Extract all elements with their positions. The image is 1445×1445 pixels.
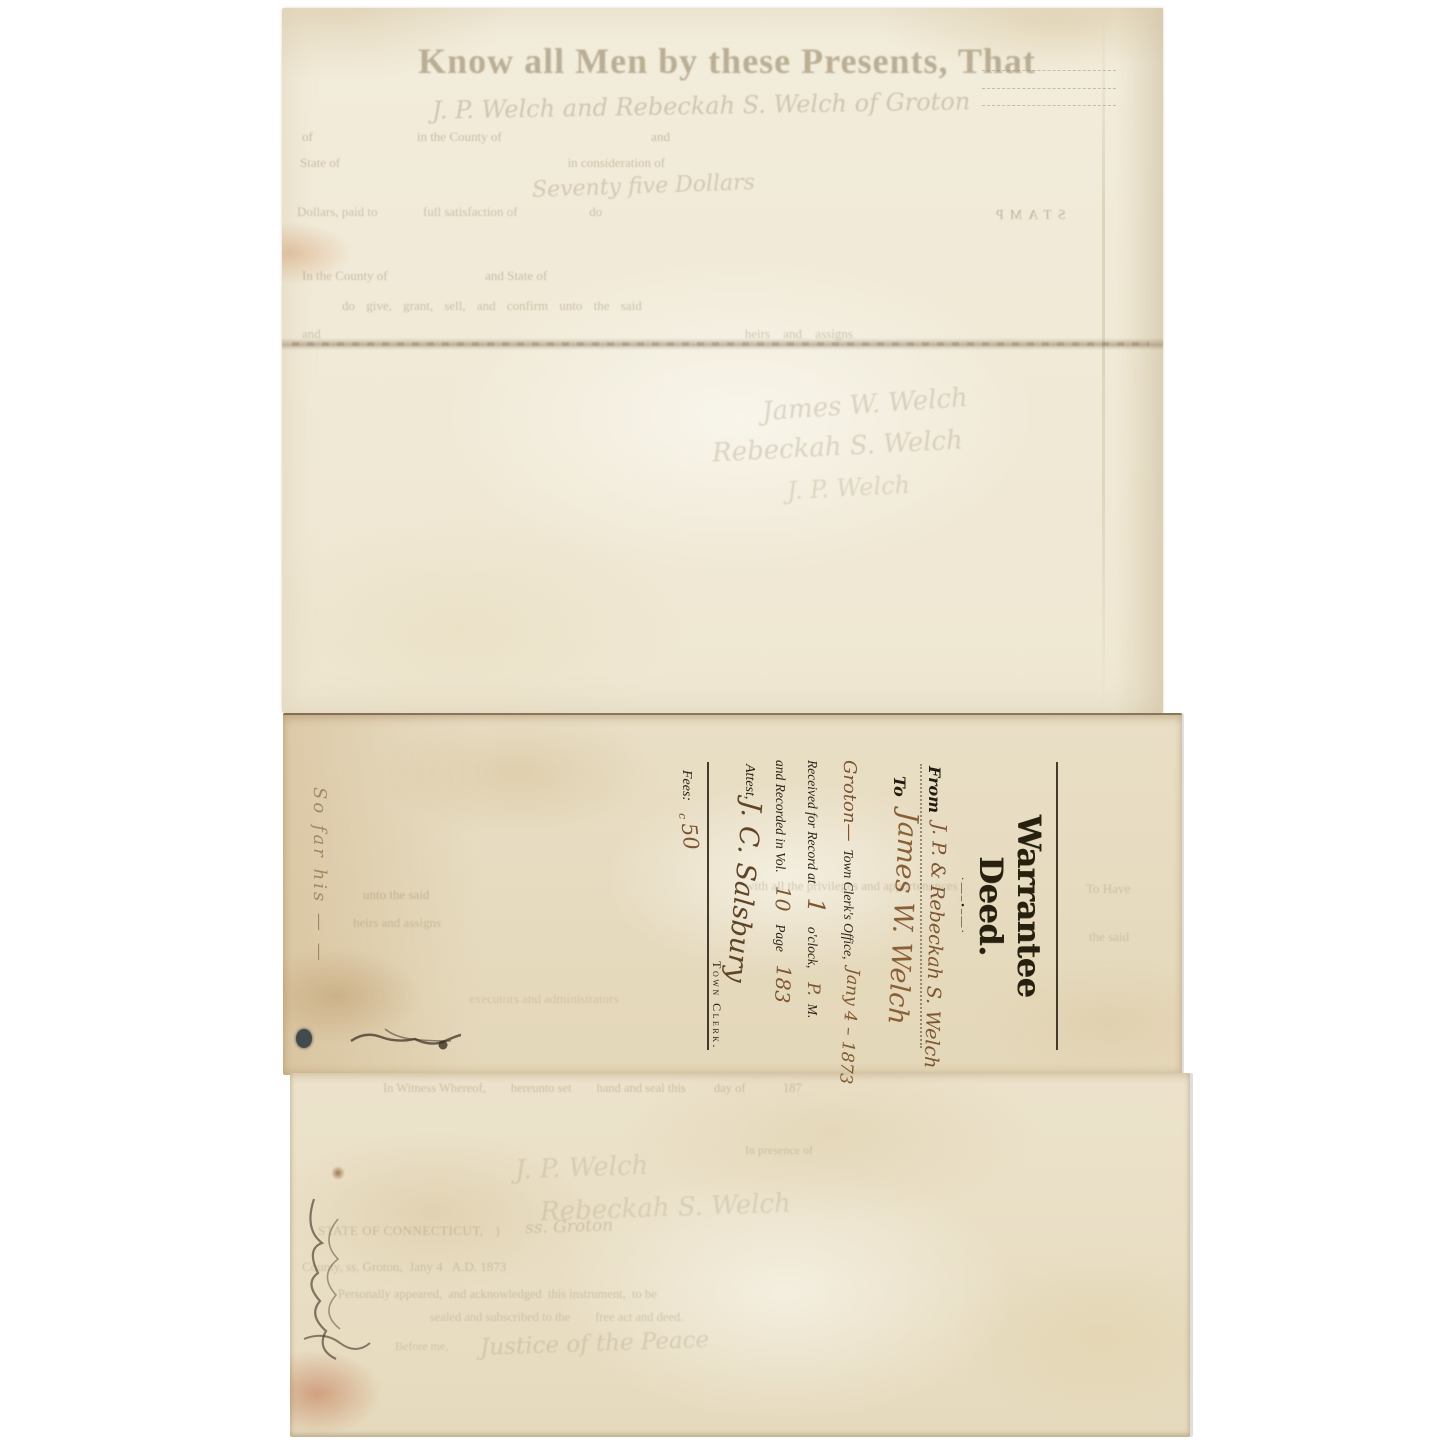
to-label: To bbox=[890, 776, 909, 797]
ghost-sealed-line: sealed and subscribed to the free act an… bbox=[430, 1310, 683, 1325]
oclock-label: o'clock, bbox=[805, 927, 820, 969]
fees-amount-handwritten: 50 bbox=[677, 822, 704, 851]
ghost-line-county: of in the County of and bbox=[302, 129, 670, 145]
grantor-name: J. P. & Rebeckah S. Welch bbox=[920, 823, 951, 1069]
ghost-stamp-label: STAMP bbox=[990, 208, 1066, 224]
clerk-signature: J. C. Salsbury bbox=[720, 799, 767, 984]
attest-row: Attest, J. C. Salsbury Town Clerk. bbox=[709, 760, 759, 1052]
ghost-fragment: executors and administrators bbox=[469, 991, 618, 1007]
from-label: From bbox=[925, 766, 944, 813]
ghost-consideration: Seventy five Dollars bbox=[532, 170, 756, 203]
ghost-grantor-script: J. P. Welch and Rebeckah S. Welch of Gro… bbox=[432, 87, 971, 124]
office-label: Town Clerk's Office, bbox=[841, 849, 856, 959]
page-label: Page bbox=[773, 924, 788, 952]
recorded-row: and Recorded in Vol. 10 Page 183 bbox=[771, 760, 795, 1052]
ghost-heading: Know all Men by these Presents, That bbox=[338, 40, 1116, 82]
attest-label: Attest, bbox=[741, 764, 757, 799]
crease-texture bbox=[292, 342, 1149, 346]
recorded-label: and Recorded in Vol. bbox=[773, 760, 788, 873]
vertical-crease bbox=[1102, 8, 1105, 713]
registry-box-line bbox=[982, 105, 1116, 106]
docket-rotated-content: Warrantee Deed. ·—–•–—· From J. P. & Reb… bbox=[688, 760, 1058, 1052]
page-number-handwritten: 183 bbox=[770, 964, 796, 1003]
fold-flap-shading bbox=[1115, 8, 1163, 713]
ghost-fragment: To Have bbox=[1086, 881, 1130, 897]
meridiem-handwritten: P. bbox=[803, 982, 823, 995]
deed-title: Warrantee Deed. bbox=[972, 760, 1048, 1052]
panel-docket-fold: with all the privileges and appurtenance… bbox=[283, 713, 1182, 1075]
ghost-witness-line: In Witness Whereof, hereunto set hand an… bbox=[383, 1081, 802, 1096]
from-row: From J. P. & Rebeckah S. Welch bbox=[924, 760, 946, 1052]
ghost-presence-line: In presence of bbox=[745, 1143, 813, 1158]
ghost-line-grant: do give, grant, sell, and confirm unto t… bbox=[342, 298, 642, 314]
ghost-line-state: State of in consideration of bbox=[300, 155, 665, 171]
ghost-line-county2: In the County of and State of bbox=[302, 268, 547, 284]
ghost-signature: James W. Welch bbox=[761, 383, 968, 427]
docket-top-rule bbox=[1056, 762, 1058, 1050]
ghost-signature: Rebeckah S. Welch bbox=[711, 425, 963, 468]
fees-row: Fees: c 50 bbox=[676, 760, 702, 1052]
pencil-scribbles bbox=[294, 1189, 444, 1399]
ghost-signature: J. P. Welch bbox=[515, 1151, 649, 1186]
received-row: Received for Record at 1 o'clock, P. M. bbox=[802, 760, 830, 1052]
photo-canvas: { "docket": { "title": "Warrantee Deed."… bbox=[0, 0, 1445, 1445]
volume-number-handwritten: 10 bbox=[770, 885, 795, 912]
cents-mark-handwritten: c bbox=[676, 813, 689, 819]
fees-label: Fees: bbox=[679, 770, 694, 801]
ink-smudge bbox=[345, 1011, 465, 1055]
to-row: To James W. Welch bbox=[872, 760, 918, 1052]
ghost-ss-script: ss. Groton bbox=[525, 1215, 614, 1238]
ghost-fragment: unto the said bbox=[363, 887, 429, 903]
ghost-fragment: the said bbox=[1089, 929, 1129, 945]
panel-top-back-of-deed: Know all Men by these Presents, That J. … bbox=[282, 8, 1163, 713]
received-label: Received for Record at bbox=[805, 760, 820, 884]
meridiem-label: M. bbox=[805, 1004, 820, 1019]
office-place-handwritten: Groton— bbox=[839, 760, 860, 841]
paper-hole bbox=[296, 1029, 312, 1048]
received-hour-handwritten: 1 bbox=[802, 897, 831, 914]
registry-box-line bbox=[982, 88, 1116, 89]
ghost-fragment: heirs and assigns bbox=[353, 915, 441, 931]
ghost-signature: J. P. Welch bbox=[786, 471, 910, 505]
ghost-justice-script: Justice of the Peace bbox=[480, 1327, 710, 1361]
ornament-divider: ·—–•–—· bbox=[956, 760, 968, 1052]
office-row: Groton— Town Clerk's Office, Jany 4 – 18… bbox=[839, 760, 860, 1052]
office-date-handwritten: Jany 4 – 1873 bbox=[835, 967, 863, 1084]
grantee-name: James W. Welch bbox=[881, 810, 923, 1025]
panel-bottom-fold: In Witness Whereof, hereunto set hand an… bbox=[290, 1073, 1190, 1437]
recording-docket: Warrantee Deed. ·—–•–—· From J. P. & Reb… bbox=[688, 760, 1058, 1052]
ghost-line-dollars: Dollars, paid to full satisfaction of do bbox=[297, 204, 602, 220]
